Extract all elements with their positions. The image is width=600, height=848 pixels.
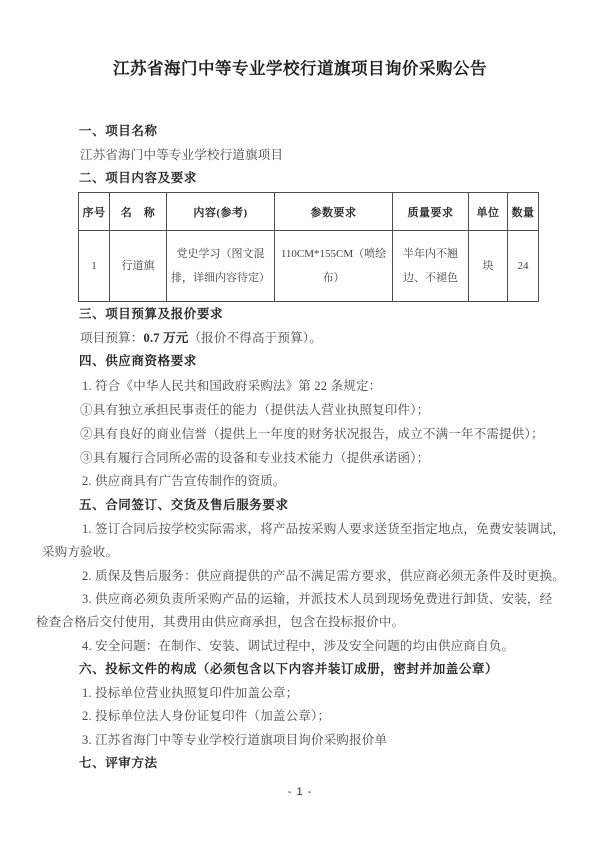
table-header-index: 序号 (79, 193, 110, 231)
section6-item: 1. 投标单位营业执照复印件加盖公章； (82, 684, 298, 702)
items-table: 序号 名 称 内容(参考) 参数要求 质量要求 单位 数量 1 行道旗 党史学习… (78, 192, 539, 302)
table-header-content: 内容(参考) (167, 193, 275, 231)
cell-index: 1 (79, 231, 110, 302)
section1-heading: 一、项目名称 (79, 122, 158, 140)
cell-quality: 半年内不翘边、不褪色 (393, 231, 469, 302)
section2-heading: 二、项目内容及要求 (79, 169, 197, 187)
budget-value: 0.7 万元 (144, 331, 189, 345)
cell-qty: 24 (508, 231, 539, 302)
table-header-quality: 质量要求 (393, 193, 469, 231)
cell-params: 110CM*155CM（喷绘布） (275, 231, 393, 302)
table-header-name: 名 称 (110, 193, 167, 231)
section1-body: 江苏省海门中等专业学校行道旗项目 (80, 146, 283, 164)
section5-line: 4. 安全问题：在制作、安装、调试过程中，涉及安全问题的均由供应商自负。 (82, 637, 514, 655)
section5-heading: 五、合同签订、交货及售后服务要求 (79, 496, 289, 514)
section7-heading: 七、评审方法 (79, 754, 158, 772)
section4-item: 1. 符合《中华人民共和国政府采购法》第 22 条规定： (82, 377, 381, 395)
section5-line: 检查合格后交付使用，其费用由供应商承担，包含在投标报价中。 (36, 613, 404, 631)
cell-name: 行道旗 (110, 231, 167, 302)
section4-item: ②具有良好的商业信誉（提供上一年度的财务状况报告，成立不满一年不需提供）； (80, 425, 544, 443)
section4-heading: 四、供应商资格要求 (79, 352, 197, 370)
section5-line: 采购方验收。 (42, 543, 118, 561)
section3-heading: 三、项目预算及报价要求 (79, 305, 223, 323)
table-row: 1 行道旗 党史学习（图文混排，详细内容待定） 110CM*155CM（喷绘布）… (79, 231, 539, 302)
budget-prefix: 项目预算： (80, 331, 144, 345)
section4-item: 2. 供应商具有广告宣传制作的资质。 (82, 472, 286, 490)
budget-line: 项目预算：0.7 万元（报价不得高于预算）。 (80, 329, 322, 347)
table-header-row: 序号 名 称 内容(参考) 参数要求 质量要求 单位 数量 (79, 193, 539, 231)
table-header-unit: 单位 (469, 193, 508, 231)
cell-content: 党史学习（图文混排，详细内容待定） (167, 231, 275, 302)
budget-suffix: （报价不得高于预算）。 (188, 331, 321, 345)
document-page: 江苏省海门中等专业学校行道旗项目询价采购公告 一、项目名称 江苏省海门中等专业学… (0, 0, 600, 848)
table-header-params: 参数要求 (275, 193, 393, 231)
document-title: 江苏省海门中等专业学校行道旗项目询价采购公告 (0, 57, 600, 81)
section6-heading: 六、投标文件的构成（必须包含以下内容并装订成册，密封并加盖公章） (79, 660, 498, 678)
page-number: - 1 - (0, 786, 600, 798)
cell-unit: 块 (469, 231, 508, 302)
section6-item: 2. 投标单位法人身份证复印件（加盖公章）； (82, 707, 330, 725)
table-header-qty: 数量 (508, 193, 539, 231)
section5-line: 1. 签订合同后按学校实际需求，将产品按采购人要求送货至指定地点，免费安装调试， (82, 520, 565, 538)
section4-item: ③具有履行合同所必需的设备和专业技术能力（提供承诺函）； (80, 449, 429, 467)
section5-line: 3. 供应商必须负责所采购产品的运输，并派技术人员到现场免费进行卸货、安装，经 (82, 590, 552, 608)
section6-item: 3. 江苏省海门中等专业学校行道旗项目询价采购报价单 (82, 731, 387, 749)
section5-line: 2. 质保及售后服务：供应商提供的产品不满足需方要求，供应商必须无条件及时更换。 (82, 567, 565, 585)
section4-item: ①具有独立承担民事责任的能力（提供法人营业执照复印件）； (80, 401, 429, 419)
